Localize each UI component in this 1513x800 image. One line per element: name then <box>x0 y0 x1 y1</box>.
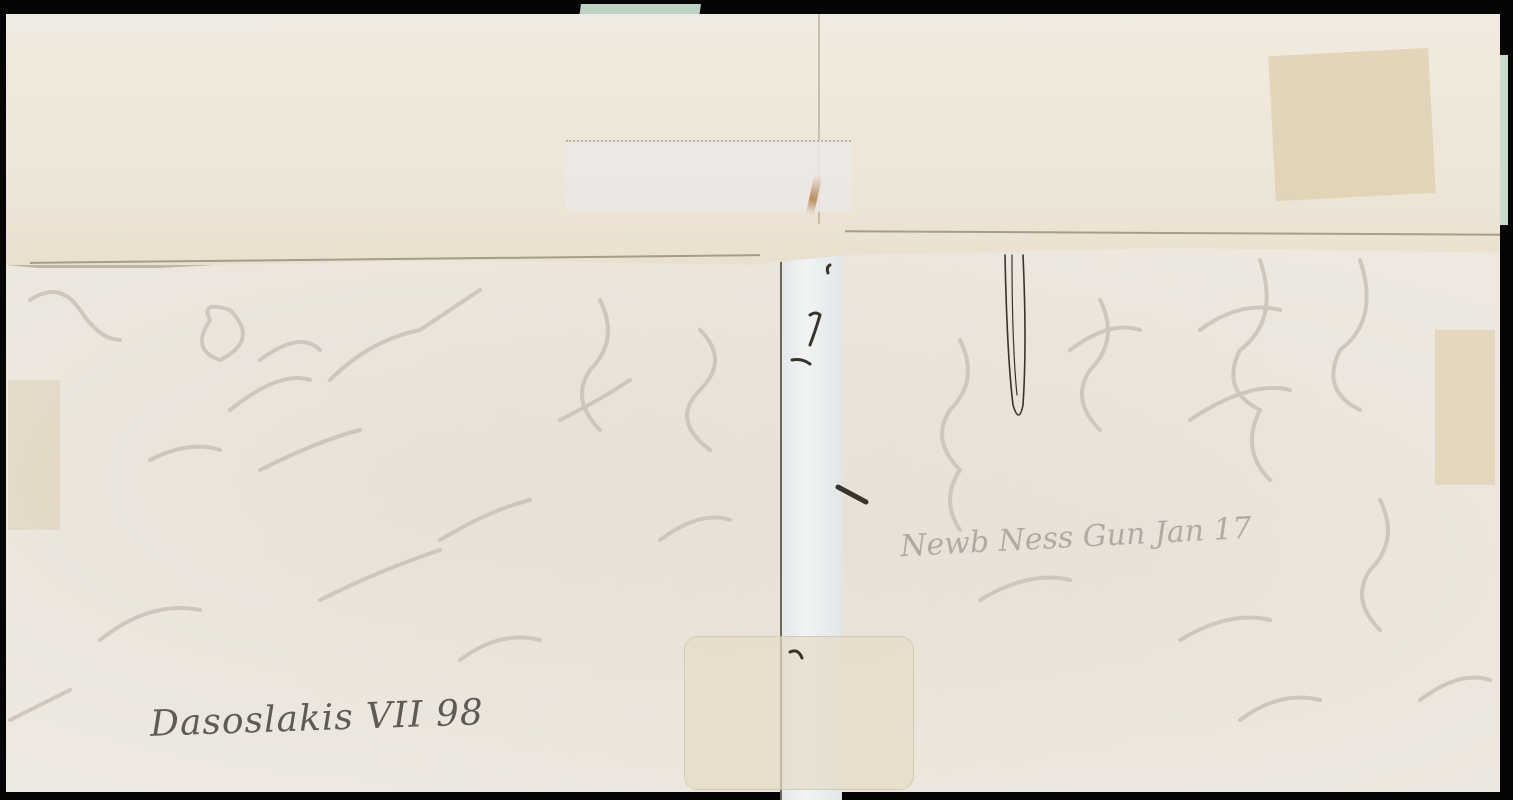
stamp-hinge-left <box>8 380 60 530</box>
green-paper-edge-right <box>1500 55 1508 225</box>
stamp-hinge-top-right <box>1268 48 1435 201</box>
stamp-hinge-right <box>1435 330 1495 485</box>
stamp-hinge-bottom <box>684 636 914 790</box>
